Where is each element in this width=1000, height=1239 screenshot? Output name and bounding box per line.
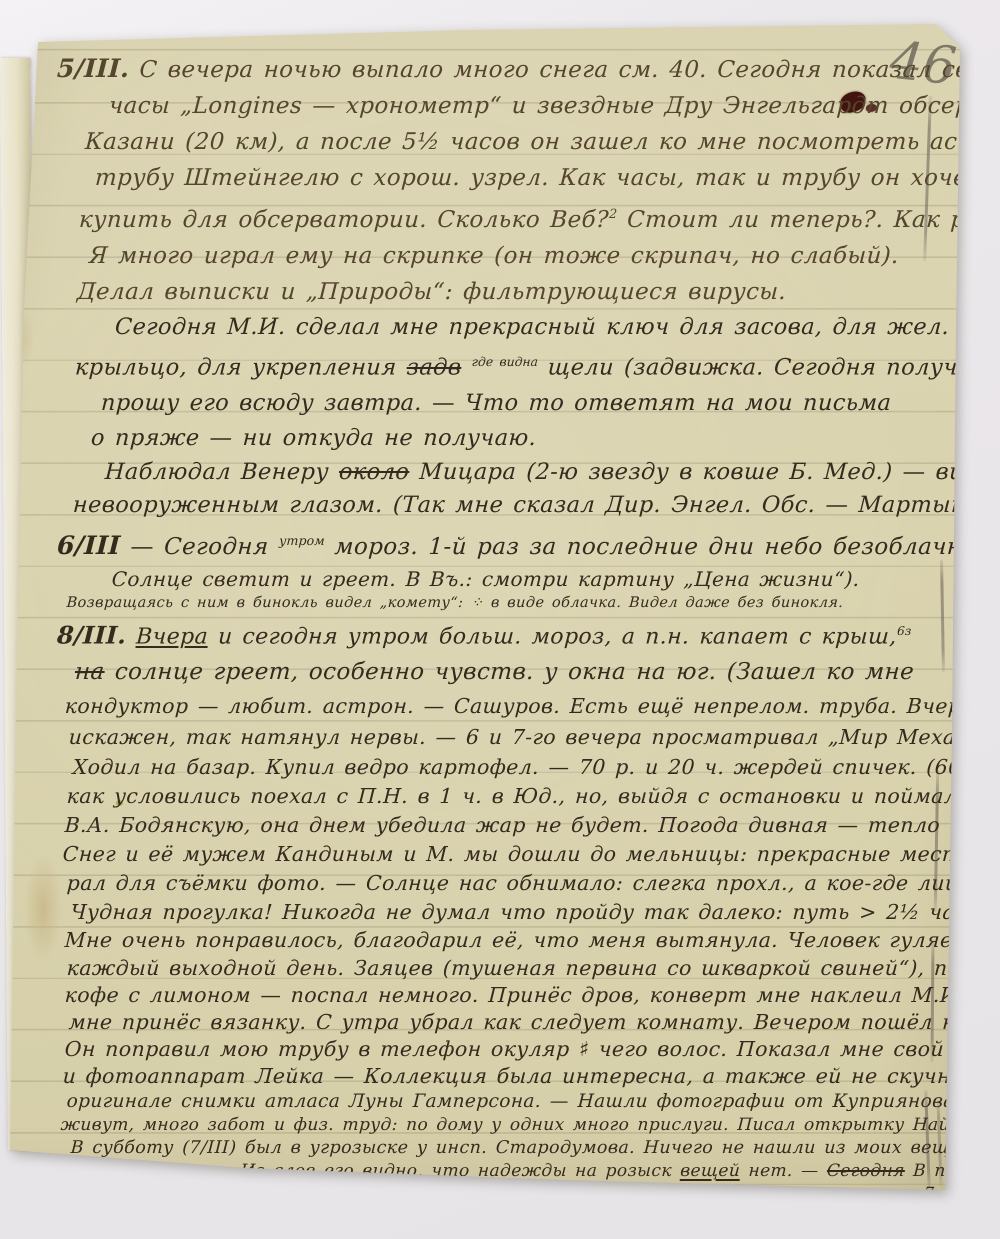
manuscript-line: как условились поехал с П.Н. в 1 ч. в Юд… xyxy=(56,782,938,811)
paper-wrapper: 46 5/III. С вечера ночью выпало много сн… xyxy=(0,0,1000,1239)
manuscript-line: мороз. — Получил открытку от Куприянова.… xyxy=(56,1204,937,1224)
manuscript-line: Мне очень понравилось, благодарил её, чт… xyxy=(56,926,937,954)
manuscript-line: оригинале снимки атласа Луны Гамперсона.… xyxy=(56,1089,937,1114)
manuscript-line: 6/III — Сегодня утром мороз. 1-й раз за … xyxy=(56,522,938,566)
manuscript-line: искажен, так натянул нервы. — 6 и 7-го в… xyxy=(56,722,938,752)
manuscript-line: невооруженным глазом. (Так мне сказал Ди… xyxy=(56,489,938,522)
manuscript-line: Снег и её мужем Кандиным и М. мы дошли д… xyxy=(56,840,938,869)
manuscript-line: 5/III. С вечера ночью выпало много снега… xyxy=(56,50,938,88)
manuscript-page: 46 5/III. С вечера ночью выпало много сн… xyxy=(8,8,970,1194)
manuscript-line: Делал выписки и „Природы“: фильтрующиеся… xyxy=(56,274,938,310)
manuscript-line: часы „Longines — хронометр“ и звездные Д… xyxy=(56,88,938,124)
manuscript-line: В субботу (7/III) был в угрозыске у инсп… xyxy=(56,1137,937,1160)
manuscript-line: купить для обсерватории. Сколько Веб?2 С… xyxy=(56,196,938,238)
manuscript-line: в шайке Кайлана. Из слов его видно, что … xyxy=(56,1160,937,1183)
manuscript-line: кофе с лимоном — поспал немного. Принёс … xyxy=(56,982,937,1009)
manuscript-line: Возвращаясь с ним в бинокль видел „комет… xyxy=(56,593,937,614)
pencil-margin-mark xyxy=(940,560,944,672)
manuscript-line: прошу его всюду завтра. — Что то ответят… xyxy=(56,386,938,421)
manuscript-line: Он поправил мою трубу в телефон окуляр ♯… xyxy=(56,1036,937,1063)
paper-stain xyxy=(12,308,34,368)
manuscript-line: Сегодня М.И. сделал мне прекрасный ключ … xyxy=(56,310,938,345)
manuscript-line: Солнце светит и греет. В Въ.: смотри кар… xyxy=(56,565,937,593)
manuscript-line: на солнце греет, особенно чувств. у окна… xyxy=(56,655,938,690)
manuscript-line: дни составить начал список всего моего о… xyxy=(56,1183,937,1204)
manuscript-line: крыльцо, для укрепления задв где видна щ… xyxy=(56,345,938,386)
manuscript-line: В.А. Бодянскую, она днем убедила жар не … xyxy=(56,811,938,840)
manuscript-line: живут, много забот и физ. труд: по дому … xyxy=(56,1114,937,1137)
manuscript-line: Наблюдал Венеру около Мицара (2-ю звезду… xyxy=(56,456,938,489)
manuscript-line: каждый выходной день. Заяцев (тушеная пе… xyxy=(56,954,937,982)
manuscript-line: 8/III. Вчера и сегодня утром больш. моро… xyxy=(56,614,938,654)
manuscript-line: рал для съёмки фото. — Солнце нас обнима… xyxy=(56,869,938,898)
manuscript-line: мне принёс вязанку. С утра убрал как сле… xyxy=(56,1009,937,1036)
manuscript-line: о пряже — ни откуда не получаю. xyxy=(56,421,938,456)
manuscript-text: 5/III. С вечера ночью выпало много снега… xyxy=(56,50,936,1224)
manuscript-line: трубу Штейнгелю с хорош. узрел. Как часы… xyxy=(56,160,938,196)
manuscript-line: Чудная прогулка! Никогда не думал что пр… xyxy=(56,898,937,926)
manuscript-line: Я много играл ему на скрипке (он тоже ск… xyxy=(56,238,938,274)
manuscript-line: Казани (20 км), а после 5½ часов он заше… xyxy=(56,124,938,160)
scan-background: 46 5/III. С вечера ночью выпало много сн… xyxy=(0,0,1000,1239)
manuscript-line: кондуктор — любит. астрон. — Сашуров. Ес… xyxy=(56,690,938,722)
manuscript-line: Ходил на базар. Купил ведро картофел. — … xyxy=(56,752,938,782)
manuscript-line: и фотоаппарат Лейка — Коллекция была инт… xyxy=(56,1063,937,1089)
